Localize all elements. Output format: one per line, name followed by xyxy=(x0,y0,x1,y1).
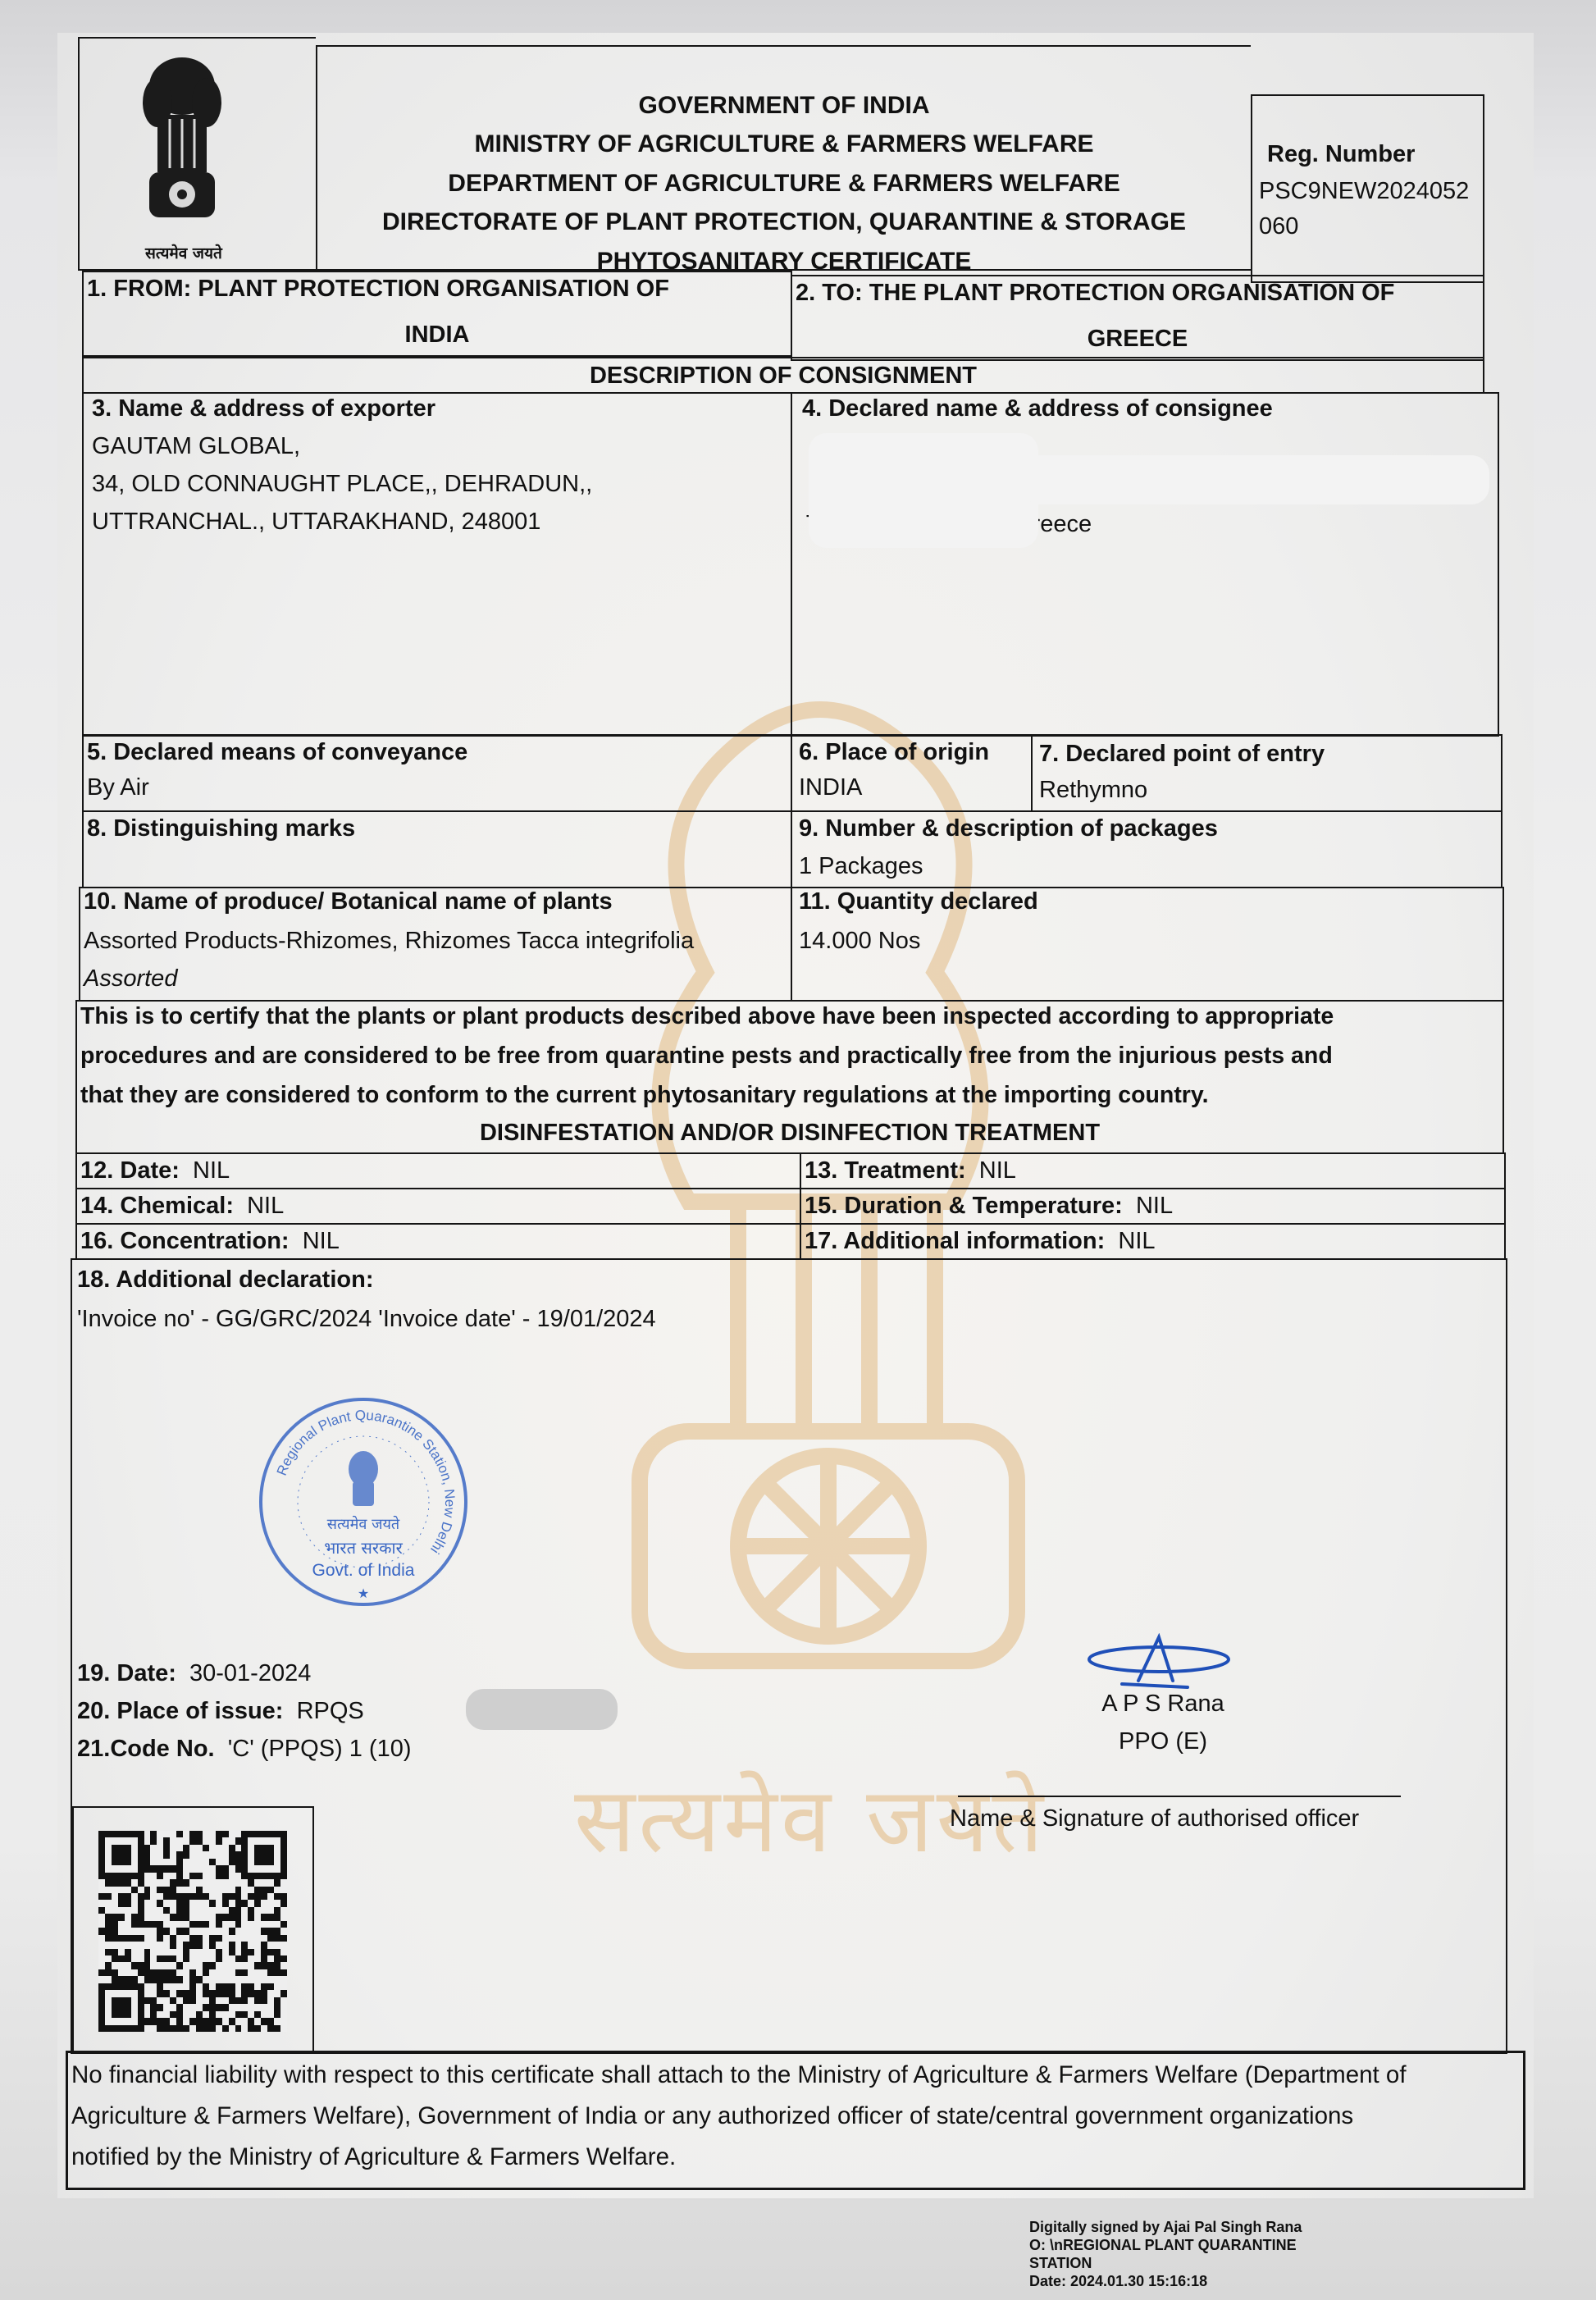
exporter-address-2: UTTRANCHAL., UTTARAKHAND, 248001 xyxy=(92,509,540,536)
chemical-cell: 14. Chemical: NIL xyxy=(75,1188,801,1225)
origin-label: 6. Place of origin xyxy=(799,739,989,766)
header-department: DEPARTMENT OF AGRICULTURE & FARMERS WELF… xyxy=(317,170,1251,198)
exporter-cell: 3. Name & address of exporter GAUTAM GLO… xyxy=(82,392,792,737)
additional-declaration-label: 18. Additional declaration: xyxy=(77,1266,373,1294)
conveyance-value: By Air xyxy=(87,774,149,801)
treatment-type-cell: 13. Treatment: NIL xyxy=(800,1152,1506,1189)
exporter-name: GAUTAM GLOBAL, xyxy=(92,433,300,460)
issue-place-value: RPQS xyxy=(297,1698,364,1724)
emblem-cell: सत्यमेव जयते xyxy=(78,37,316,271)
redaction-block xyxy=(1022,455,1489,504)
from-value: INDIA xyxy=(84,322,791,349)
certification-statement: This is to certify that the plants or pl… xyxy=(75,1000,1504,1154)
official-seal-stamp: Regional Plant Quarantine Station, New D… xyxy=(253,1391,474,1613)
svg-text:भारत सरकार: भारत सरकार xyxy=(324,1538,403,1558)
disclaimer-block: No financial liability with respect to t… xyxy=(66,2051,1525,2190)
conveyance-label: 5. Declared means of conveyance xyxy=(87,739,467,766)
origin-value: INDIA xyxy=(799,774,862,801)
qr-code-cell xyxy=(72,1806,314,2054)
reg-number-label: Reg. Number xyxy=(1267,141,1415,168)
produce-cell: 10. Name of produce/ Botanical name of p… xyxy=(79,887,792,1002)
code-label: 21.Code No. xyxy=(77,1736,215,1762)
redaction-block xyxy=(466,1689,618,1730)
consignee-label: 4. Declared name & address of consignee xyxy=(802,395,1273,422)
svg-text:Govt. of India: Govt. of India xyxy=(312,1561,415,1580)
officer-title: PPO (E) xyxy=(1081,1728,1245,1755)
concentration-cell: 16. Concentration: NIL xyxy=(75,1223,801,1260)
entry-cell: 7. Declared point of entry Rethymno xyxy=(1031,734,1503,812)
header-directorate: DIRECTORATE OF PLANT PROTECTION, QUARANT… xyxy=(317,208,1251,236)
national-emblem-icon xyxy=(137,53,227,226)
declaration-block: 18. Additional declaration: 'Invoice no'… xyxy=(71,1258,1507,2054)
quantity-value: 14.000 Nos xyxy=(799,928,920,955)
reg-number-value-1: PSC9NEW2024052 xyxy=(1259,178,1469,205)
code-value: 'C' (PPQS) 1 (10) xyxy=(228,1736,412,1762)
treatment-date-cell: 12. Date: NIL xyxy=(75,1152,801,1189)
packages-cell: 9. Number & description of packages 1 Pa… xyxy=(791,810,1503,888)
from-label: 1. FROM: PLANT PROTECTION ORGANISATION O… xyxy=(87,276,669,303)
produce-value-2: Assorted xyxy=(84,965,177,993)
qr-code[interactable] xyxy=(98,1831,287,2032)
header-gov: GOVERNMENT OF INDIA xyxy=(317,92,1251,120)
marks-cell: 8. Distinguishing marks xyxy=(82,810,792,888)
quantity-cell: 11. Quantity declared 14.000 Nos xyxy=(791,887,1504,1002)
header-ministry: MINISTRY OF AGRICULTURE & FARMERS WELFAR… xyxy=(317,130,1251,158)
additional-info-cell: 17. Additional information: NIL xyxy=(800,1223,1506,1260)
consignee-cell: 4. Declared name & address of consignee … xyxy=(791,392,1499,737)
produce-label: 10. Name of produce/ Botanical name of p… xyxy=(84,888,613,915)
to-cell: 2. TO: THE PLANT PROTECTION ORGANISATION… xyxy=(791,275,1484,361)
origin-cell: 6. Place of origin INDIA xyxy=(791,734,1033,812)
treatment-heading: DISINFESTATION AND/OR DISINFECTION TREAT… xyxy=(77,1120,1503,1147)
officer-signature xyxy=(1081,1633,1245,1691)
exporter-address-1: 34, OLD CONNAUGHT PLACE,, DEHRADUN,, xyxy=(92,471,592,498)
entry-value: Rethymno xyxy=(1039,777,1147,804)
digital-signature-block: Digitally signed by Ajai Pal Singh Rana … xyxy=(1029,2218,1302,2290)
exporter-label: 3. Name & address of exporter xyxy=(92,395,435,422)
marks-label: 8. Distinguishing marks xyxy=(87,815,355,842)
quantity-label: 11. Quantity declared xyxy=(799,888,1038,915)
officer-name: A P S Rana xyxy=(1081,1691,1245,1718)
reg-number-cell: Reg. Number PSC9NEW2024052 060 xyxy=(1251,94,1484,283)
produce-value: Assorted Products-Rhizomes, Rhizomes Tac… xyxy=(84,928,694,955)
emblem-motto: सत्यमेव जयते xyxy=(145,242,222,263)
issue-date-value: 30-01-2024 xyxy=(189,1660,311,1686)
header-title-block: GOVERNMENT OF INDIA MINISTRY OF AGRICULT… xyxy=(316,45,1251,271)
entry-label: 7. Declared point of entry xyxy=(1039,741,1325,768)
signature-line xyxy=(958,1796,1401,1797)
svg-text:★: ★ xyxy=(358,1587,369,1601)
duration-cell: 15. Duration & Temperature: NIL xyxy=(800,1188,1506,1225)
svg-text:सत्यमेव जयते: सत्यमेव जयते xyxy=(327,1515,400,1533)
reg-number-value-2: 060 xyxy=(1259,213,1298,240)
packages-value: 1 Packages xyxy=(799,853,923,880)
to-label: 2. TO: THE PLANT PROTECTION ORGANISATION… xyxy=(796,280,1394,307)
additional-declaration-value: 'Invoice no' - GG/GRC/2024 'Invoice date… xyxy=(77,1306,656,1333)
packages-label: 9. Number & description of packages xyxy=(799,815,1218,842)
issue-place-label: 20. Place of issue: xyxy=(77,1698,283,1724)
issue-date-label: 19. Date: xyxy=(77,1660,176,1686)
consignment-heading: DESCRIPTION OF CONSIGNMENT xyxy=(82,357,1484,394)
from-cell: 1. FROM: PLANT PROTECTION ORGANISATION O… xyxy=(82,271,792,357)
to-value: GREECE xyxy=(792,326,1483,353)
redaction-block xyxy=(809,433,1038,548)
conveyance-cell: 5. Declared means of conveyance By Air xyxy=(82,734,792,812)
signature-caption: Name & Signature of authorised officer xyxy=(950,1805,1359,1832)
